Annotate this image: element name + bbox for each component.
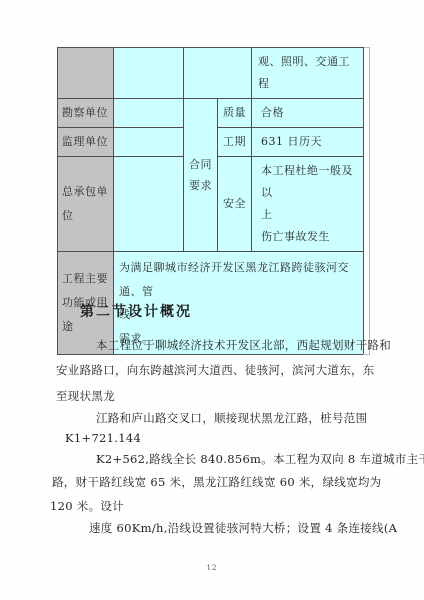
survey-unit-value — [114, 99, 184, 128]
quality-value: 合格 — [252, 99, 364, 128]
duration-key: 工期 — [218, 128, 252, 157]
page-number: 12 — [0, 564, 424, 572]
document-page: { "colors": { "cell-cyan": "#ccffff", "c… — [0, 0, 424, 600]
table-edge-strip — [364, 48, 370, 355]
body-line: 120 米。设计 — [50, 498, 124, 514]
contract-requirement-cell: 合同 要求 — [184, 99, 218, 252]
supervision-unit-label: 监理单位 — [58, 128, 114, 157]
body-line: K1+721.144 — [65, 431, 141, 445]
carryover-label-cell — [58, 48, 114, 99]
body-line: 江路和庐山路交叉口，顺接现状黑龙江路，桩号范围 — [96, 410, 367, 426]
safety-key: 安全 — [218, 157, 252, 252]
survey-unit-label: 勘察单位 — [58, 99, 114, 128]
carryover-empty-cell — [114, 48, 184, 99]
contractor-unit-value — [114, 157, 184, 252]
safety-value: 本工程杜绝一般及以 上 伤亡事故发生 — [252, 157, 364, 252]
body-line: 至现状黑龙 — [56, 388, 115, 404]
body-line: 速度 60Km/h,沿线设置徒骇河特大桥；设置 4 条连接线(A — [89, 520, 397, 536]
quality-key: 质量 — [218, 99, 252, 128]
table-row-survey: 勘察单位 合同 要求 质量 合格 — [58, 99, 370, 128]
section-heading: 第二节设计概况 — [80, 301, 192, 321]
body-line: K2+562,路线全长 840.856m。本工程为双向 8 车道城市主干 — [96, 451, 424, 467]
body-line: 路，财干路红线宽 65 米，黑龙江路红线宽 60 米，绿线宽均为 — [52, 474, 382, 490]
carryover-value-cell: 观、照明、交通工程 — [252, 48, 364, 99]
duration-value: 631 日历天 — [252, 128, 364, 157]
body-line: 安业路路口，向东跨越滨河大道西、徒骇河，滨河大道东，东 — [56, 362, 375, 378]
contractor-unit-label: 总承包单位 — [58, 157, 114, 252]
body-line: 本工程位于聊城经济技术开发区北部，西起规划财干路和 — [96, 337, 391, 353]
supervision-unit-value — [114, 128, 184, 157]
table-row-carryover: 观、照明、交通工程 — [58, 48, 370, 99]
carryover-empty-cell-2 — [184, 48, 252, 99]
